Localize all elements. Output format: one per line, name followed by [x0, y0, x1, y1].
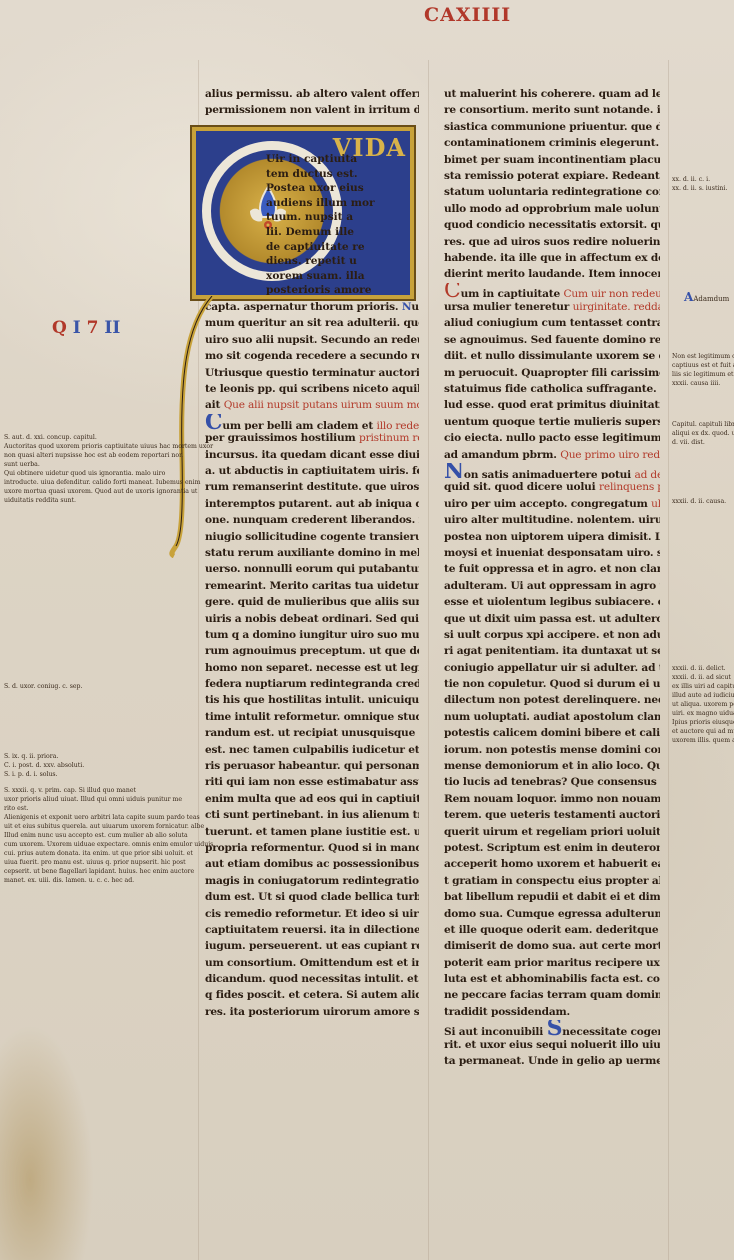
text-line: mo sit cogenda recedere a secundo redire…: [205, 348, 419, 364]
text-line: tuerunt. et tamen plane iustitie est. ut…: [205, 824, 419, 840]
text-line: dum est. Ut si quod clade bellica turbat…: [205, 889, 419, 905]
gloss-line: cum uxorem. Uxorem uiduae expectare. omn…: [4, 840, 196, 849]
text-line: capta. aspernatur thorum prioris. Nunc p: [205, 299, 419, 315]
running-head-prefix: CA: [424, 4, 456, 26]
text-line: moysi et inueniat desponsatam uiro. si i…: [444, 545, 660, 561]
text-line: tis his que hostilitas intulit. unicuiqu…: [205, 692, 419, 708]
text-line: tuum. nupsit a: [266, 210, 416, 225]
text-line: luta est et abhominabilis facta est. cor…: [444, 971, 660, 987]
text-line: re consortium. merito sunt notande. ita …: [444, 102, 660, 118]
text-line: res. que ad uiros suos redire noluerint.…: [444, 234, 660, 250]
initial-tail-flourish: [168, 296, 218, 558]
text-line: si uult corpus xpi accipere. et non adul…: [444, 627, 660, 643]
text-line: ris peruasor habeantur. qui personam eiu…: [205, 758, 419, 774]
text-line: tie non copuletur. Quod si durum ei uide…: [444, 676, 660, 692]
rubric-line: relinquens primo redo: [599, 481, 660, 493]
text-line: permissionem non valent in irritum devoc…: [205, 102, 419, 118]
text-line: se agnouimus. Sed fauente domino reuersa…: [444, 332, 660, 348]
gloss-line: Qui obtinere uidetur quod uis ignorantia…: [4, 469, 196, 478]
decorated-initial-n: N: [402, 301, 411, 313]
gloss-line: uxor prioris aliud uiuat. Illud qui omni…: [4, 795, 196, 804]
text-line: ullo modo ad opprobrium male uoluntatis …: [444, 201, 660, 217]
text-line: iorum. non potestis mense domini communi…: [444, 742, 660, 758]
text-line: Non satis animaduertere potui ad desertu…: [444, 463, 660, 479]
gloss-line: Auctoritas quod uxorem prioris captiuita…: [4, 442, 196, 451]
gloss-line: uxorem illis. quem ad sic.: [672, 736, 734, 745]
gloss-line: cepserit. ut bene flagellari lapidant. h…: [4, 867, 196, 876]
text-line: dicandum. quod necessitas intulit. et re…: [205, 971, 419, 987]
rubric-line: uirginitate. reddat priori: [573, 301, 660, 313]
rubric-line: ad desertum. ut si redire: [635, 469, 660, 479]
text-fragment: necessitate cogente. uir in aliam prouin…: [562, 1026, 660, 1036]
gloss-line: et auctore qui ad mulieri: [672, 727, 734, 736]
text-line: Rem nouam loquor. immo non nouam. sed ue: [444, 791, 660, 807]
text-line: poterit eam prior maritus recipere uxore…: [444, 955, 660, 971]
text-line: dimiserit de domo sua. aut certe mortuus…: [444, 938, 660, 954]
text-line: diens. repetit u: [266, 254, 416, 269]
text-line: esse et uiolentum legibus subiacere. erg…: [444, 594, 660, 610]
text-line: Utriusque questio terminatur auctoritate…: [205, 365, 419, 381]
text-line: enim multa que ad eos qui in captiuitate…: [205, 791, 419, 807]
gloss-line: ex illis uiri ad capitulum: [672, 682, 734, 691]
text-line: dierint merito laudande. Item innocentiu…: [444, 266, 660, 282]
text-line: remearint. Merito caritas tua uidetur am…: [205, 578, 419, 594]
rubric-line: pristinum redire cogitur: [359, 432, 419, 444]
text-line: lii. Demum ille: [266, 225, 416, 240]
text-line: res. ita posteriorum uirorum amore sunt …: [205, 1004, 419, 1020]
text-line: et ille quoque oderit eam. dederitque li…: [444, 922, 660, 938]
gloss-line: Ipius prioris eiusque: [672, 718, 734, 727]
text-line: statu rerum auxiliante domino in meliora…: [205, 545, 419, 561]
text-line: per grauissimos hostilium pristinum redi…: [205, 430, 419, 446]
text-line: q fides poscit. et cetera. Si autem aliq…: [205, 987, 419, 1003]
text-line: lud esse. quod erat primitus diuinitatis…: [444, 397, 660, 413]
text-line: magis in coniugatorum redintegratione se…: [205, 873, 419, 889]
text-line: niugio sollicitudine cogente transierunt…: [205, 529, 419, 545]
decorated-initial-s: S: [547, 1020, 563, 1036]
text-line: um consortium. Omittendum est et inculpa…: [205, 955, 419, 971]
margin-rubric-adamdum: AAdamdum: [684, 290, 729, 304]
text-line: Si aut inconuibili Snecessitate cogente.…: [444, 1020, 660, 1036]
text-line: incursus. ita quedam dicant esse diuisa …: [205, 447, 419, 463]
text-line: iugum. perseuerent. ut eas cupiant redir…: [205, 938, 419, 954]
gloss-line: S. xxxii. q. v. prim. cap. Si illud quo …: [4, 786, 196, 795]
margin-gloss: S. ix. q. ii. priora.C. i. post. d. xxv.…: [4, 752, 196, 779]
text-line: a. ut abductis in captiuitatem uiris. fe…: [205, 463, 419, 479]
text-line: postea non uiptorem uipera dimisit. Lega…: [444, 529, 660, 545]
text-line: te leonis pp. qui scribens niceto aquile…: [205, 381, 419, 397]
text-line: statuimus fide catholica suffragante. co…: [444, 381, 660, 397]
margin-gloss: xx. d. ii. c. i.xx. d. ii. s. iustini.: [672, 175, 734, 193]
text-line: mum queritur an sit rea adulterii. que u…: [205, 315, 419, 331]
gloss-line: uiri. ex magno uiduarum: [672, 709, 734, 718]
text-line: terem. que ueteris testamenti auctoritat…: [444, 807, 660, 823]
gloss-line: captiuus est et fuit al: [672, 361, 734, 370]
gloss-line: xx. d. ii. s. iustini.: [672, 184, 734, 193]
gloss-line: non quasi alteri nupsisse hoc est ab eod…: [4, 451, 196, 460]
gloss-line: manet. ex. uiii. dis. lamen. u. c. c. he…: [4, 876, 196, 885]
running-head-numeral: XIIII: [456, 4, 511, 26]
gloss-line: liis sic legitimum et: [672, 370, 734, 379]
text-line: rum remanserint destitute. que uiros pro…: [205, 479, 419, 495]
text-line: adulteram. Ui aut oppressam in agro uirg…: [444, 578, 660, 594]
gloss-line: xxxii. d. ii. ad sicut: [672, 673, 734, 682]
gloss-line: S. d. uxor. coniug. c. sep.: [4, 682, 196, 691]
gloss-line: Non est legitimum cum: [672, 352, 734, 361]
margin-gloss: xxxii. d. ii. delict.xxxii. d. ii. ad si…: [672, 664, 734, 745]
text-line: que ut dixit uim passa est. ut adultero …: [444, 611, 660, 627]
text-line: cis remedio reformetur. Et ideo si uiri …: [205, 906, 419, 922]
text-line: uiro suo alii nupsit. Secundo an redeunt…: [205, 332, 419, 348]
text-line: potestis calicem domini bibere et calice…: [444, 725, 660, 741]
text-line: one. nunquam crederent liberandos. in al…: [205, 512, 419, 528]
text-line: tradidit possidendam.: [444, 1004, 660, 1020]
rubric-line: ulterius non potest: [651, 498, 660, 510]
margin-gloss: S. d. uxor. coniug. c. sep.: [4, 682, 196, 691]
text-line: querit uirum et regeliam priori uoluit. …: [444, 824, 660, 840]
text-line: ri agat penitentiam. ita duntaxat ut sec…: [444, 643, 660, 659]
running-head: CAXIIII: [424, 4, 511, 26]
text-line: ad amandum pbrm. Que primo uiro reditura…: [444, 447, 660, 463]
text-line: captiuitatem reuersi. ita in dilectione …: [205, 922, 419, 938]
gloss-line: d. vii. dist.: [672, 438, 734, 447]
text-line: habende. ita ille que in affectum ex deo…: [444, 250, 660, 266]
text-line: cio eiecta. nullo pacto esse legitimum. …: [444, 430, 660, 446]
text-line: riti qui iam non esse estimabatur assump…: [205, 774, 419, 790]
text-line: est. nec tamen culpabilis iudicetur et t…: [205, 742, 419, 758]
margin-gloss: Non est legitimum cumcaptiuus est et fui…: [672, 352, 734, 388]
gloss-line: C. i. post. d. xxv. absoluti.: [4, 761, 196, 770]
text-line: m peruocuit. Quapropter fili carissime s…: [444, 365, 660, 381]
text-line: tio lucis ad tenebras? Que consensus xpi…: [444, 774, 660, 790]
text-line: uiris a nobis debeat ordinari. Sed quia …: [205, 611, 419, 627]
margin-gloss: S. xxxii. q. v. prim. cap. Si illud quo …: [4, 786, 196, 885]
text-line: homo non separet. necesse est ut legitim…: [205, 660, 419, 676]
gloss-line: uiua fuerit. pro manu est. uiuus q. prio…: [4, 858, 196, 867]
gloss-line: Capitul. capituli libri: [672, 420, 734, 429]
decorated-initial-n: N: [444, 463, 464, 479]
ruling-line: [428, 60, 429, 1260]
text-column-right: ut maluerint his coherere. quam ad legit…: [444, 86, 660, 1069]
manuscript-page: CAXIIII Q I 7 II alius permissu. ab alte…: [0, 0, 734, 1260]
text-line: siastica communione priuentur. que de re…: [444, 119, 660, 135]
text-line: dilectum non potest derelinquere. neque …: [444, 692, 660, 708]
text-line: Cum per belli am cladem et illo redeunte…: [205, 414, 419, 430]
text-line: potest. Scriptum est enim in deuteronomi…: [444, 840, 660, 856]
text-line: ursa mulier teneretur uirginitate. redda…: [444, 299, 660, 315]
gloss-line: xxxii. d. ii. delict.: [672, 664, 734, 673]
text-line: Uir in captiuita: [266, 152, 416, 167]
text-line: aliud coniugium cum tentasset contrahere…: [444, 315, 660, 331]
text-line: statum uoluntaria redintegratione coniug…: [444, 184, 660, 200]
text-line: tum q a domino iungitur uiro suo mulier.…: [205, 627, 419, 643]
rubric-line: illo redeunte ad: [377, 420, 419, 430]
text-line: federa nuptiarum redintegranda credamus.…: [205, 676, 419, 692]
text-line: time intulit reformetur. omnique studio …: [205, 709, 419, 725]
text-line: ta permaneat. Unde in gelio ap uermeriam…: [444, 1053, 660, 1069]
text-line: bat libellum repudii et dabit ei et dimi…: [444, 889, 660, 905]
text-line: acceperit homo uxorem et habuerit eam. e…: [444, 856, 660, 872]
text-line: coniugio appellatur uir si adulter. ad t…: [444, 660, 660, 676]
text-line: de captiuitate re: [266, 240, 416, 255]
gloss-line: Alienigenis et exponit uero arbitri lata…: [4, 813, 196, 822]
text-line: uentum quoque tertie mulieris superstite…: [444, 414, 660, 430]
text-line: propria reformentur. Quod si in mancipii…: [205, 840, 419, 856]
gloss-line: xx. d. ii. c. i.: [672, 175, 734, 184]
rubric-line: Que primo uiro rediturae ledo: [560, 449, 660, 461]
initial-adjacent-text: Uir in captiuitatem ductus est.Postea ux…: [266, 152, 416, 300]
text-line: quod condicio necessitatis extorsit. qui…: [444, 217, 660, 233]
gloss-line: aliqui ex dx. quod. ui: [672, 429, 734, 438]
text-line: te fuit oppressa et in agro. et non clam…: [444, 561, 660, 577]
gloss-line: uiduitatis reddita sunt.: [4, 496, 196, 505]
text-line: Cum in captiuitate Cum uir non redeunti …: [444, 283, 660, 299]
text-line: ait Que alii nupsit putans uirum suum mo…: [205, 397, 419, 413]
text-line: contaminationem criminis elegerunt. oste…: [444, 135, 660, 151]
text-line: gere. quid de mulieribus que aliis sunt …: [205, 594, 419, 610]
margin-gloss: S. aut. d. xxi. concup. capitul.Auctorit…: [4, 433, 196, 505]
text-line: Postea uxor eius: [266, 181, 416, 196]
text-line: uerso. nonnulli eorum qui putabantur per…: [205, 561, 419, 577]
gloss-line: ut aliqua. uxorem per illas: [672, 700, 734, 709]
text-line: t gratiam in conspectu eius propter aliq…: [444, 873, 660, 889]
rubric-line: Que alii nupsit putans uirum suum mortuu…: [224, 399, 419, 411]
gloss-line: xxxii. causa iiii.: [672, 379, 734, 388]
text-line: alius permissu. ab altero valent offerri…: [205, 86, 419, 102]
text-line: ne peccare facias terram quam dominus de…: [444, 987, 660, 1003]
margin-gloss: xxxii. d. ii. causa.: [672, 497, 734, 506]
ruling-line: [668, 60, 669, 1260]
text-line: posterioris amore: [266, 283, 416, 298]
text-line: rit. et uxor eius sequi noluerit illo ui…: [444, 1037, 660, 1053]
text-line: ut maluerint his coherere. quam ad legit…: [444, 86, 660, 102]
gloss-line: rito est.: [4, 804, 196, 813]
gloss-line: introducte. uiua defenditur. calido fort…: [4, 478, 196, 487]
decorated-initial-c: C: [444, 283, 461, 299]
text-line: audiens illum mor: [266, 196, 416, 211]
rubric-line: Cum uir non redeunti decem: [564, 288, 660, 299]
text-line: sta remissio poterat expiare. Redeant er…: [444, 168, 660, 184]
text-line: aut etiam domibus ac possessionibus rect…: [205, 856, 419, 872]
margin-gloss: Capitul. capituli librialiqui ex dx. quo…: [672, 420, 734, 447]
text-line: domo sua. Cumque egressa adulterum marit…: [444, 906, 660, 922]
text-line: uiro per uim accepto. congregatum ulteri…: [444, 496, 660, 512]
gloss-line: S. i. p. d. i. solus.: [4, 770, 196, 779]
text-line: mense demoniorum et in alio loco. Que co…: [444, 758, 660, 774]
text-line: randum est. ut recipiat unusquisque q pr…: [205, 725, 419, 741]
text-line: uiro alter multitudine. nolentem. uirum …: [444, 512, 660, 528]
text-line: tem ductus est.: [266, 167, 416, 182]
question-marker: Q I 7 II: [52, 318, 120, 338]
text-line: interemptos putarent. aut ab iniqua domi…: [205, 496, 419, 512]
gloss-line: S. ix. q. ii. priora.: [4, 752, 196, 761]
gloss-line: cui. prius autem donata. ita enim. ut qu…: [4, 849, 196, 858]
gloss-line: Illud enim nunc usu accepto est. cum mul…: [4, 831, 196, 840]
gloss-line: xxxii. d. ii. causa.: [672, 497, 734, 506]
gloss-line: S. aut. d. xxi. concup. capitul.: [4, 433, 196, 442]
gloss-line: illud aute ad iudicium: [672, 691, 734, 700]
text-line: num uoluptati. audiat apostolum clamante…: [444, 709, 660, 725]
text-line: rum agnouimus preceptum. ut que deus con…: [205, 643, 419, 659]
text-line: quid sit. quod dicere uolui relinquens p…: [444, 479, 660, 495]
text-line: xorem suam. illa: [266, 269, 416, 284]
text-line: diit. et nullo dissimulante uxorem se es…: [444, 348, 660, 364]
gloss-line: uit et eius subitus querela. aut uiuarum…: [4, 822, 196, 831]
gloss-line: uxore mortua quasi uxorem. Quod aut de u…: [4, 487, 196, 496]
text-line: cti sunt pertinebant. in ius alienum tra…: [205, 807, 419, 823]
gloss-line: sunt uerba.: [4, 460, 196, 469]
text-line: bimet per suam incontinentiam placuisse.…: [444, 152, 660, 168]
